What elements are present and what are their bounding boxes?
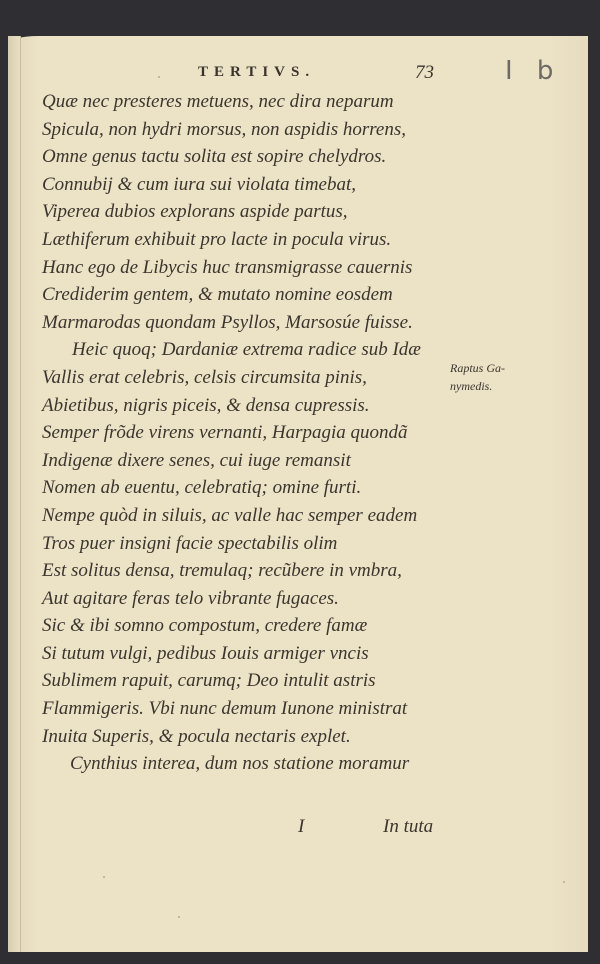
verse-line: Aut agitare feras telo vibrante fugaces. (42, 585, 462, 613)
running-head: TERTIVS. (198, 64, 315, 81)
paper-speck (158, 76, 160, 78)
paper-speck (178, 916, 180, 918)
verse-line: Si tutum vulgi, pedibus Iouis armiger vn… (42, 640, 462, 668)
verse-line: Abietibus, nigris piceis, & densa cupres… (42, 392, 462, 420)
pencil-annotation: I b (505, 56, 561, 86)
verse-line: Vallis erat celebris, celsis circumsita … (42, 364, 462, 392)
verse-line: Indigenæ dixere senes, cui iuge remansit (42, 447, 462, 475)
verse-line: Hanc ego de Libycis huc transmigrasse ca… (42, 254, 462, 282)
verse-block: Quæ nec presteres metuens, nec dira nepa… (42, 88, 462, 778)
verse-line: Sublimem rapuit, carumq; Deo intulit ast… (42, 667, 462, 695)
marginal-note-line: Raptus Ga- (450, 359, 550, 377)
verse-line: Læthiferum exhibuit pro lacte in pocula … (42, 226, 462, 254)
marginal-note: Raptus Ga- nymedis. (450, 359, 550, 395)
verse-line: Tros puer insigni facie spectabilis olim (42, 530, 462, 558)
verse-line: Heic quoq; Dardaniæ extrema radice sub I… (42, 336, 462, 364)
page-number: 73 (415, 62, 434, 84)
verse-line: Connubij & cum iura sui violata timebat, (42, 171, 462, 199)
verse-line: Marmarodas quondam Psyllos, Marsosúe fui… (42, 309, 462, 337)
verse-line: Nempe quòd in siluis, ac valle hac sempe… (42, 502, 462, 530)
verse-line: Flammigeris. Vbi nunc demum Iunone minis… (42, 695, 462, 723)
signature-mark: I (298, 816, 304, 838)
verse-line: Crediderim gentem, & mutato nomine eosde… (42, 281, 462, 309)
book-page: TERTIVS. 73 I b Quæ nec presteres metuen… (8, 36, 588, 952)
verse-line: Est solitus densa, tremulaq; recũbere in… (42, 557, 462, 585)
paper-speck (563, 881, 565, 883)
verse-line: Quæ nec presteres metuens, nec dira nepa… (42, 88, 462, 116)
verse-line: Cynthius interea, dum nos statione moram… (42, 750, 462, 778)
page-gutter (8, 36, 21, 952)
catchword: In tuta (383, 816, 433, 838)
verse-line: Omne genus tactu solita est sopire chely… (42, 143, 462, 171)
verse-line: Spicula, non hydri morsus, non aspidis h… (42, 116, 462, 144)
verse-line: Nomen ab euentu, celebratiq; omine furti… (42, 474, 462, 502)
marginal-note-line: nymedis. (450, 377, 550, 395)
verse-line: Viperea dubios explorans aspide partus, (42, 198, 462, 226)
verse-line: Inuita Superis, & pocula nectaris explet… (42, 723, 462, 751)
paper-speck (103, 876, 105, 878)
verse-line: Semper frõde virens vernanti, Harpagia q… (42, 419, 462, 447)
verse-line: Sic & ibi somno compostum, credere famæ (42, 612, 462, 640)
